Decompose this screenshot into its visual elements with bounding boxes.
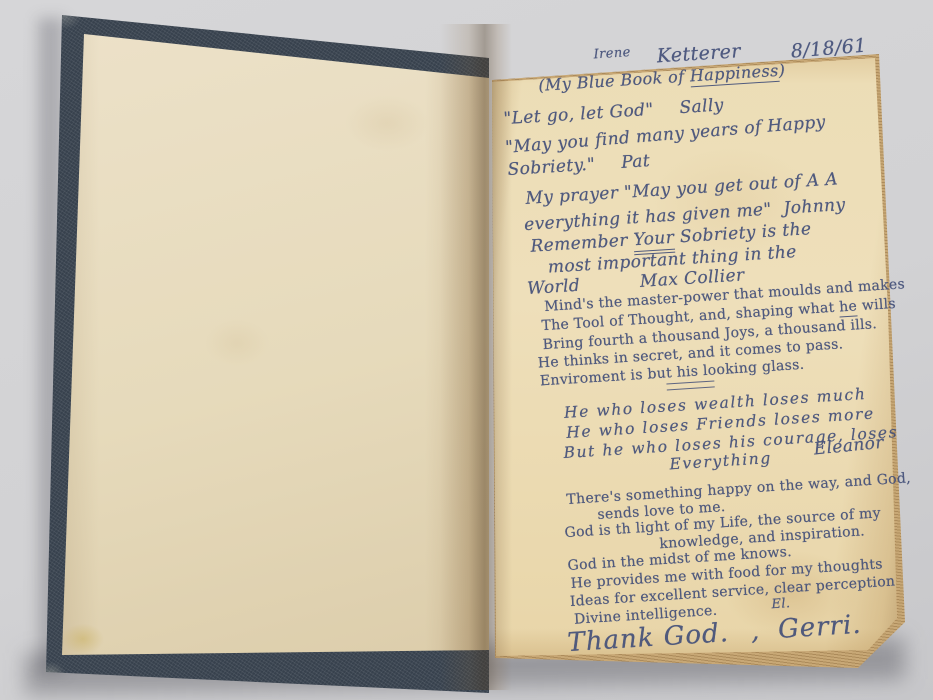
poem-god-line: There's something happy on the way, and … <box>566 470 911 508</box>
handwriting-layer: Irene Ketterer 8/18/61 (My Blue Book of … <box>488 21 933 687</box>
closing-comma: , <box>750 616 761 647</box>
signature-sally: Sally <box>679 95 724 118</box>
poem-text: wills <box>857 296 897 314</box>
closing-initials: El. <box>771 596 791 612</box>
signature-pat: Pat <box>621 151 651 173</box>
book-photograph: Irene Ketterer 8/18/61 (My Blue Book of … <box>0 0 933 700</box>
underlined-word: he <box>839 298 858 317</box>
wish-text: Sobriety." <box>507 155 596 180</box>
inscription-inserted-name: Irene <box>593 45 631 62</box>
double-rule-mark <box>666 380 714 390</box>
wish-text: World <box>527 276 581 299</box>
title-underlined-word: Happiness <box>689 61 779 88</box>
signature-johnny: Johnny <box>783 195 846 219</box>
title-prefix: (My Blue Book of <box>538 66 691 94</box>
left-blank-page <box>57 33 489 658</box>
wish-text: "Let go, let God" <box>503 100 654 129</box>
signature-gerri: Gerri. <box>777 610 862 645</box>
title-suffix: ) <box>778 60 786 79</box>
inscription-date: 8/18/61 <box>790 35 868 63</box>
